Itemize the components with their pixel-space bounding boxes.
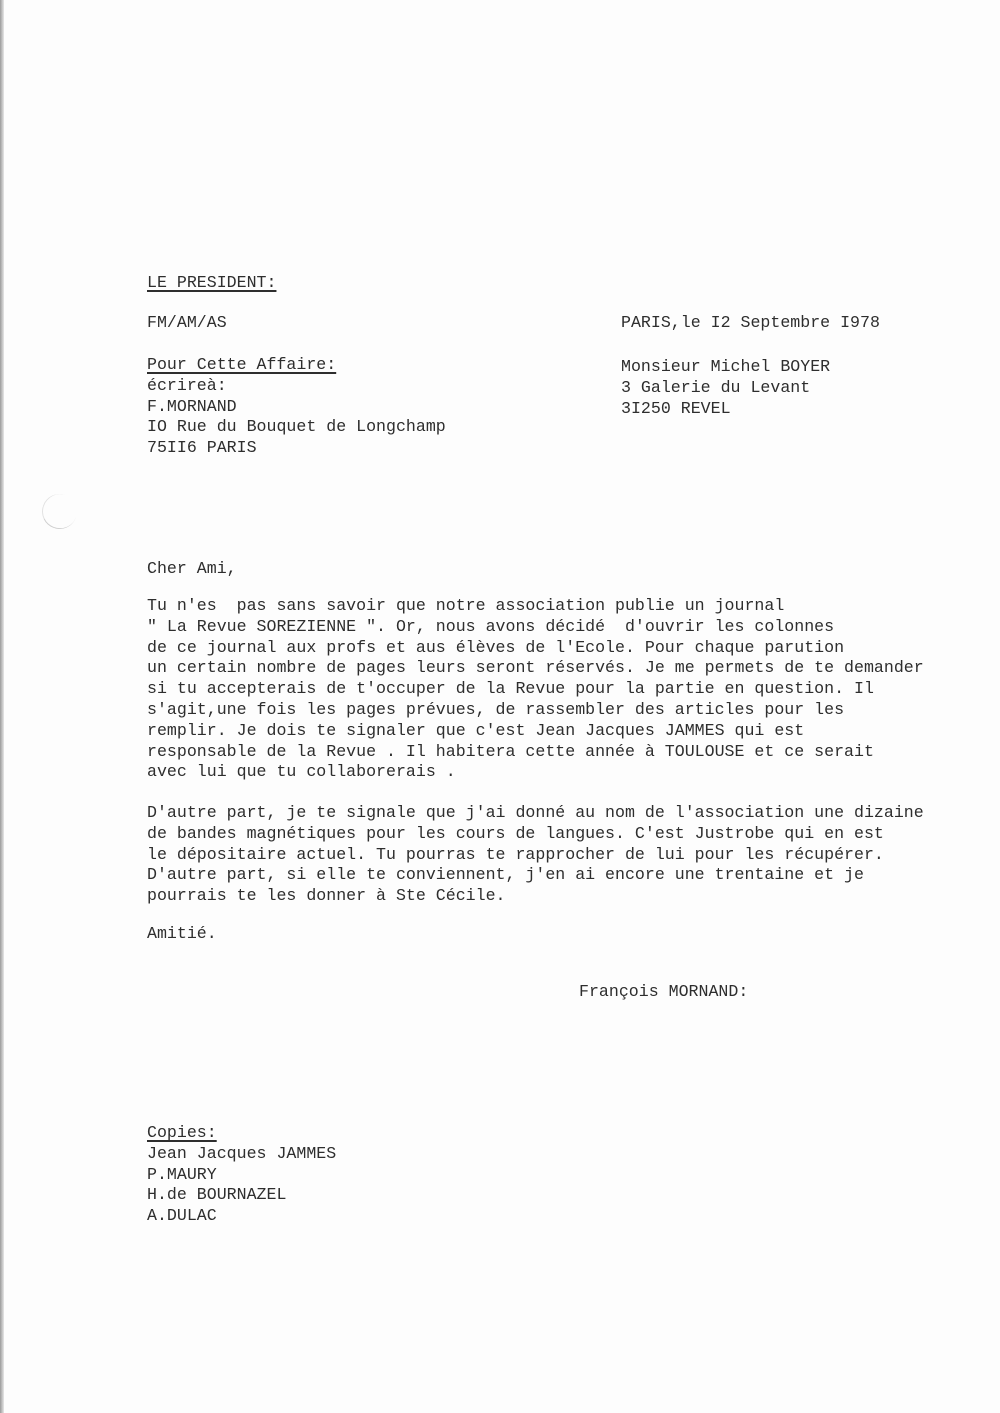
paragraph-line: avec lui que tu collaborerais .: [147, 762, 924, 783]
signature: François MORNAND:: [579, 982, 748, 1003]
paragraph-2: D'autre part, je te signale que j'ai don…: [147, 803, 924, 907]
recipient-line: Monsieur Michel BOYER: [621, 357, 830, 378]
copy-recipient: H.de BOURNAZEL: [147, 1185, 336, 1206]
paragraph-line: D'autre part, si elle te conviennent, j'…: [147, 865, 924, 886]
salutation: Cher Ami,: [147, 559, 237, 580]
paragraph-line: Tu n'es pas sans savoir que notre associ…: [147, 596, 924, 617]
contact-line: écrireà:: [147, 376, 446, 397]
letter-date: PARIS,le I2 Septembre I978: [621, 313, 880, 334]
paragraph-line: " La Revue SOREZIENNE ". Or, nous avons …: [147, 617, 924, 638]
paragraph-line: responsable de la Revue . Il habitera ce…: [147, 742, 924, 763]
contact-line: 75II6 PARIS: [147, 438, 446, 459]
paragraph-line: s'agit,une fois les pages prévues, de ra…: [147, 700, 924, 721]
punch-hole-mark: [37, 489, 82, 534]
paragraph-line: de bandes magnétiques pour les cours de …: [147, 824, 924, 845]
recipient-block: Monsieur Michel BOYER 3 Galerie du Levan…: [621, 357, 830, 419]
contact-line: IO Rue du Bouquet de Longchamp: [147, 417, 446, 438]
paragraph-line: D'autre part, je te signale que j'ai don…: [147, 803, 924, 824]
copy-recipient: Jean Jacques JAMMES: [147, 1144, 336, 1165]
scan-edge: [0, 0, 4, 1413]
contact-block: Pour Cette Affaire: écrireà: F.MORNAND I…: [147, 355, 446, 459]
recipient-line: 3I250 REVEL: [621, 399, 830, 420]
paragraph-line: pourrais te les donner à Ste Cécile.: [147, 886, 924, 907]
paragraph-1: Tu n'es pas sans savoir que notre associ…: [147, 596, 924, 783]
closing: Amitié.: [147, 924, 217, 945]
paragraph-line: le dépositaire actuel. Tu pourras te rap…: [147, 845, 924, 866]
contact-line: F.MORNAND: [147, 397, 446, 418]
paragraph-line: de ce journal aux profs et aus élèves de…: [147, 638, 924, 659]
paragraph-line: si tu accepterais de t'occuper de la Rev…: [147, 679, 924, 700]
sender-title: LE PRESIDENT:: [147, 273, 276, 294]
letter-page: LE PRESIDENT: FM/AM/AS Pour Cette Affair…: [0, 0, 1000, 1413]
reference-code: FM/AM/AS: [147, 313, 227, 334]
contact-heading: Pour Cette Affaire:: [147, 355, 446, 376]
copies-heading: Copies:: [147, 1123, 336, 1144]
paragraph-line: remplir. Je dois te signaler que c'est J…: [147, 721, 924, 742]
copies-block: Copies: Jean Jacques JAMMES P.MAURY H.de…: [147, 1123, 336, 1227]
recipient-line: 3 Galerie du Levant: [621, 378, 830, 399]
copy-recipient: A.DULAC: [147, 1206, 336, 1227]
paragraph-line: un certain nombre de pages leurs seront …: [147, 658, 924, 679]
copy-recipient: P.MAURY: [147, 1165, 336, 1186]
